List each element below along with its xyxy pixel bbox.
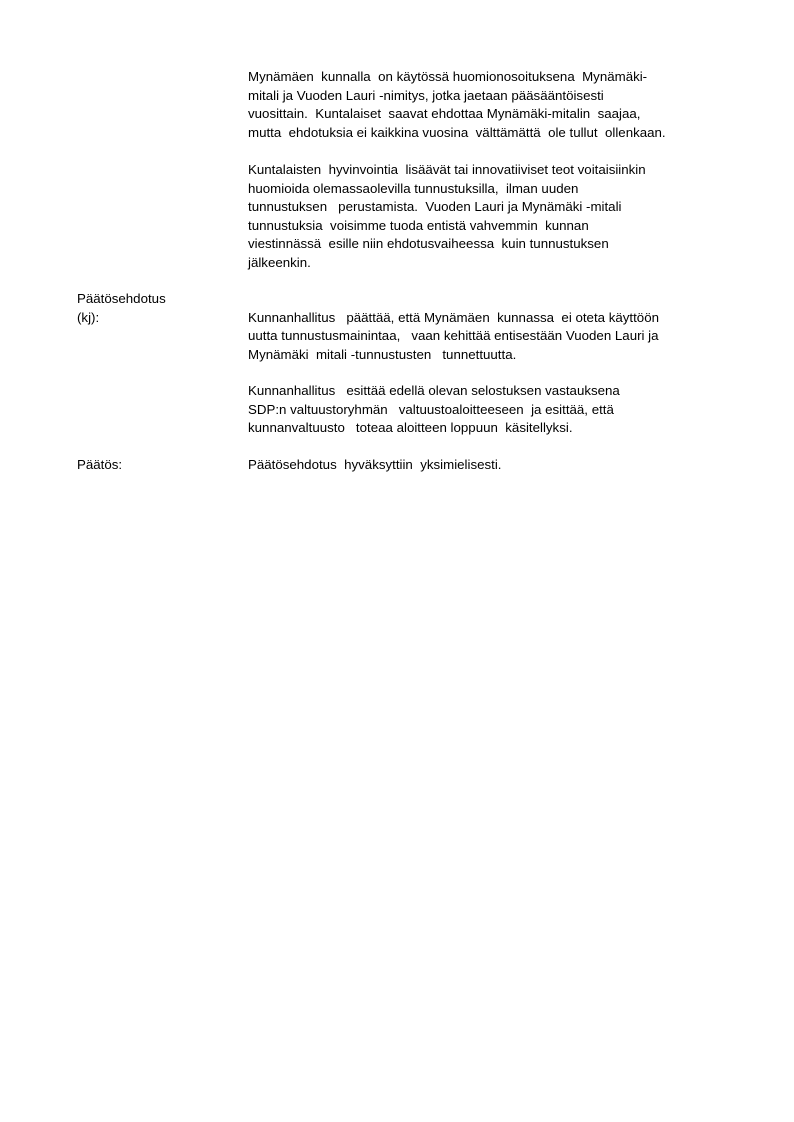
text-line: huomioida olemassaolevilla tunnustuksill… <box>248 180 578 199</box>
text-line: jälkeenkin. <box>248 254 311 273</box>
text-line: SDP:n valtuustoryhmän valtuustoaloittees… <box>248 401 614 420</box>
proposal-label-line: (kj): <box>77 309 99 328</box>
text-line: mutta ehdotuksia ei kaikkina vuosina väl… <box>248 124 666 143</box>
text-line: vuosittain. Kuntalaiset saavat ehdottaa … <box>248 105 640 124</box>
text-line: Kunnanhallitus päättää, että Mynämäen ku… <box>248 309 659 328</box>
decision-text: Päätösehdotus hyväksyttiin yksimielisest… <box>248 456 502 475</box>
text-line: Mynämäen kunnalla on käytössä huomionoso… <box>248 68 647 87</box>
text-line: uutta tunnustusmainintaa, vaan kehittää … <box>248 327 659 346</box>
text-line: Kuntalaisten hyvinvointia lisäävät tai i… <box>248 161 646 180</box>
text-line: mitali ja Vuoden Lauri -nimitys, jotka j… <box>248 87 604 106</box>
text-line: viestinnässä esille niin ehdotusvaiheess… <box>248 235 609 254</box>
text-line: tunnustuksen perustamista. Vuoden Lauri … <box>248 198 621 217</box>
text-line: Mynämäki mitali -tunnustusten tunnettuut… <box>248 346 516 365</box>
decision-label: Päätös: <box>77 456 122 475</box>
text-line: kunnanvaltuusto toteaa aloitteen loppuun… <box>248 419 573 438</box>
proposal-label-line: Päätösehdotus <box>77 290 166 309</box>
text-line: tunnustuksia voisimme tuoda entistä vahv… <box>248 217 589 236</box>
document-page: Mynämäen kunnalla on käytössä huomionoso… <box>0 0 794 1122</box>
text-line: Kunnanhallitus esittää edellä olevan sel… <box>248 382 620 401</box>
